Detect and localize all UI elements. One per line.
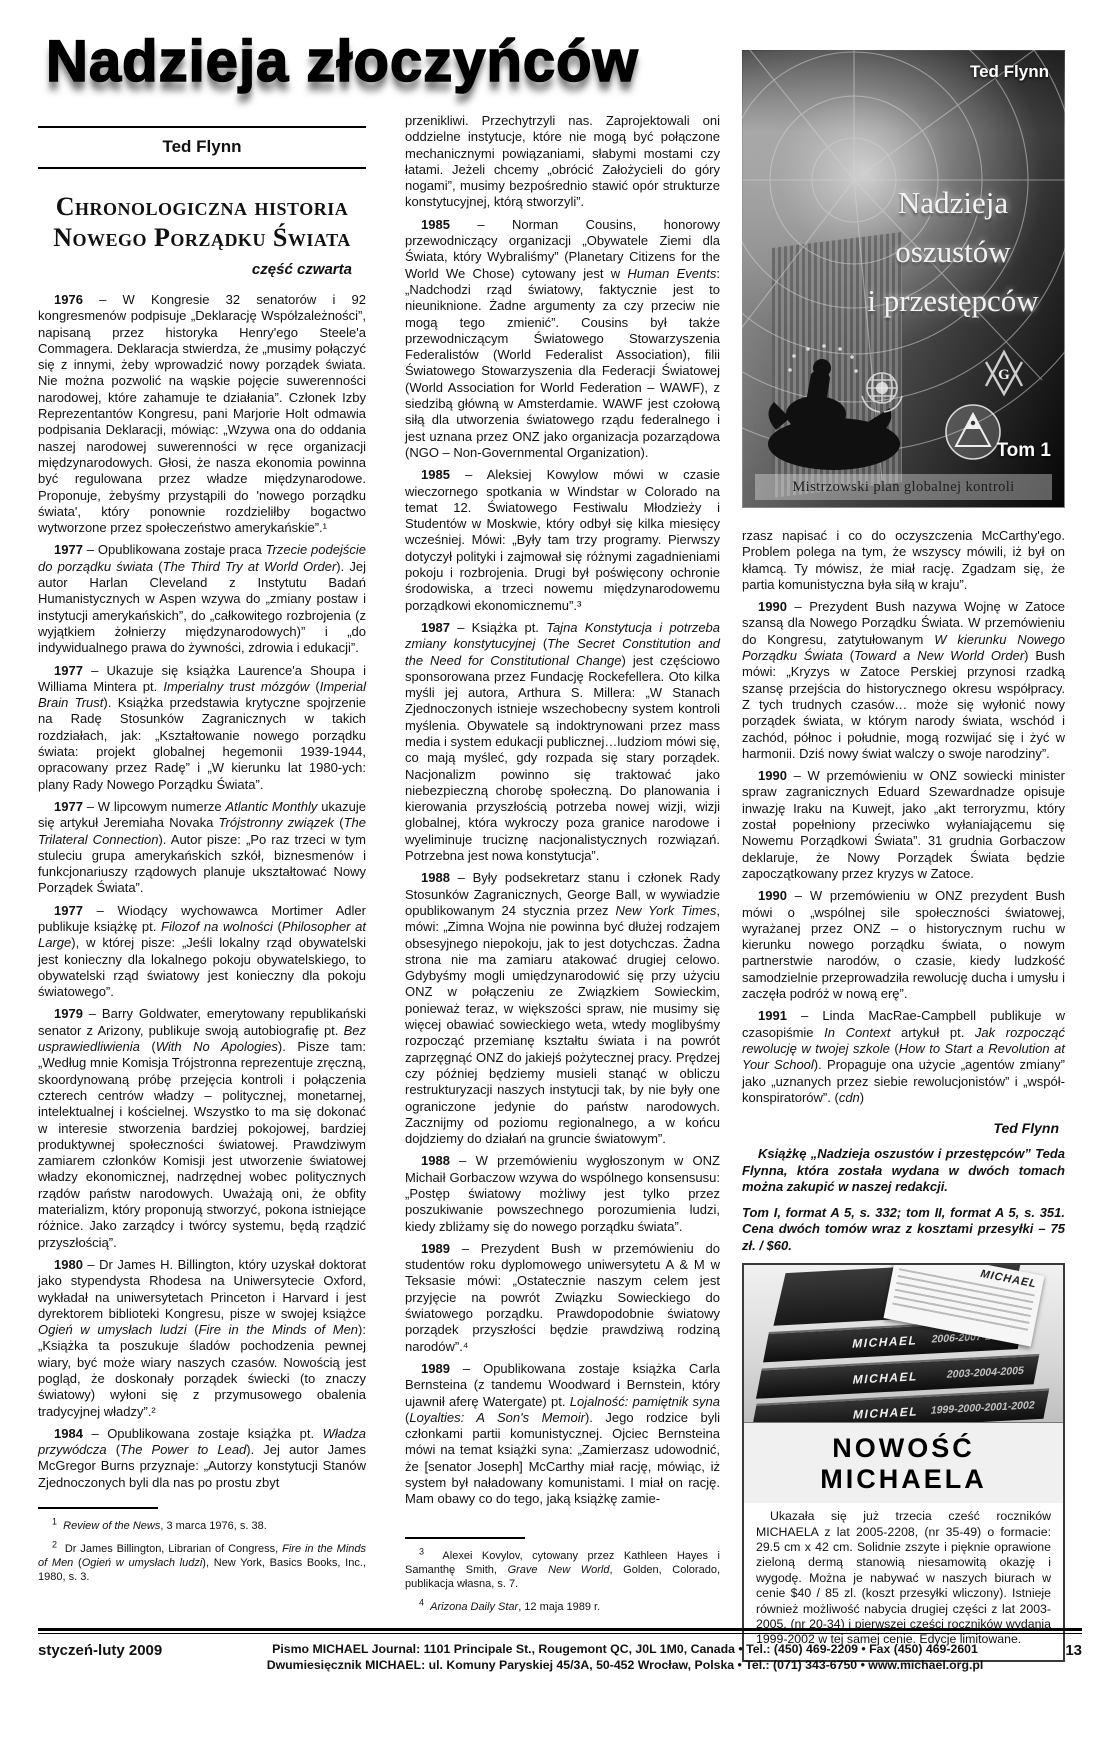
author-signature: Ted Flynn bbox=[742, 1120, 1059, 1136]
article-paragraph: 1989 – Prezydent Bush w przemówieniu do … bbox=[405, 1241, 720, 1355]
article-paragraph: 1985 – Aleksiej Kowylow mówi w czasie wi… bbox=[405, 467, 720, 614]
page-title: Nadzieja złoczyńców bbox=[46, 28, 686, 95]
article-paragraph: 1991 – Linda MacRae-Campbell publikuje w… bbox=[742, 1008, 1065, 1106]
page-number: 13 bbox=[1022, 1642, 1082, 1659]
footnote: 1 Review of the News, 3 marca 1976, s. 3… bbox=[38, 1519, 366, 1533]
footnote-list-col2: 3 Alexei Kovylov, cytowany przez Kathlee… bbox=[405, 1549, 720, 1614]
cover-title-line: oszustów bbox=[845, 227, 1061, 276]
column-3: Ted Flynn Nadziejaoszustówi przestępców … bbox=[742, 50, 1065, 1625]
footer-row: styczeń-luty 2009 Pismo MICHAEL Journal:… bbox=[38, 1642, 1082, 1674]
article-paragraph: 1977 – Opublikowana zostaje praca Trzeci… bbox=[38, 542, 366, 656]
footnote-list-col1: 1 Review of the News, 3 marca 1976, s. 3… bbox=[38, 1519, 366, 1584]
article-paragraph: 1990 – W przemówieniu w ONZ sowiecki min… bbox=[742, 768, 1065, 882]
article-paragraph: 1988 – W przemówieniu wygłoszonym w ONZ … bbox=[405, 1153, 720, 1234]
section-heading-line1: Chronologiczna historia bbox=[56, 192, 349, 221]
column-2: przenikliwi. Przechytrzyli nas. Zaprojek… bbox=[405, 113, 720, 1623]
footer-rule bbox=[38, 1628, 1082, 1634]
article-paragraph: 1990 – W przemówieniu w ONZ prezydent Bu… bbox=[742, 888, 1065, 1002]
column-1: Ted Flynn Chronologiczna historiaNowego … bbox=[38, 126, 366, 1546]
un-emblem-icon bbox=[854, 362, 910, 418]
section-heading: Chronologiczna historiaNowego Porządku Ś… bbox=[38, 191, 366, 253]
byline: Ted Flynn bbox=[38, 128, 366, 167]
editor-note-line: Książkę „Nadzieja oszustów i przestępców… bbox=[742, 1146, 1065, 1196]
cover-title: Nadziejaoszustówi przestępców bbox=[845, 178, 1061, 325]
cover-title-line: i przestępców bbox=[845, 276, 1061, 325]
yearbooks-photo: MICHAEL2006-2007-2008MICHAEL2003-2004-20… bbox=[744, 1265, 1063, 1422]
footnotes-col1: 1 Review of the News, 3 marca 1976, s. 3… bbox=[38, 1497, 366, 1593]
masonic-compass-icon: G bbox=[977, 346, 1031, 400]
cover-author: Ted Flynn bbox=[970, 62, 1049, 82]
svg-text:G: G bbox=[998, 367, 1010, 383]
cover-title-line: Nadzieja bbox=[845, 178, 1061, 227]
ad-heading: NOWOŚĆ MICHAELA bbox=[744, 1422, 1063, 1503]
paragraph-list-col3: rzasz napisać i co do oczyszczenia McCar… bbox=[742, 528, 1065, 1112]
book-cover-image: Ted Flynn Nadziejaoszustówi przestępców … bbox=[742, 50, 1065, 508]
michael-ad-box: MICHAEL2006-2007-2008MICHAEL2003-2004-20… bbox=[742, 1263, 1065, 1662]
article-paragraph: przenikliwi. Przechytrzyli nas. Zaprojek… bbox=[405, 113, 720, 211]
cover-caption: Mistrzowski plan globalnej kontroli bbox=[755, 474, 1052, 500]
footnote-rule bbox=[405, 1537, 525, 1539]
paragraph-list-col2: przenikliwi. Przechytrzyli nas. Zaprojek… bbox=[405, 113, 720, 1514]
article-paragraph: 1977 – Ukazuje się książka Laurence'a Sh… bbox=[38, 663, 366, 793]
footnote: 4 Arizona Daily Star, 12 maja 1989 r. bbox=[405, 1600, 720, 1614]
article-paragraph: 1980 – Dr James H. Billington, który uzy… bbox=[38, 1257, 366, 1420]
cover-volume: Tom 1 bbox=[996, 440, 1051, 462]
publisher-line1: Pismo MICHAEL Journal: 1101 Principale S… bbox=[228, 1642, 1022, 1658]
article-paragraph: 1984 – Opublikowana zostaje książka pt. … bbox=[38, 1426, 366, 1491]
editor-note-line: Tom I, format A 5, s. 332; tom II, forma… bbox=[742, 1205, 1065, 1255]
editor-note: Książkę „Nadzieja oszustów i przestępców… bbox=[742, 1146, 1065, 1263]
article-paragraph: 1988 – Były podsekretarz stanu i członek… bbox=[405, 870, 720, 1147]
newspaper-page: Nadzieja złoczyńców Ted Flynn Chronologi… bbox=[0, 0, 1118, 1751]
footnote: 2 Dr James Billington, Librarian of Cong… bbox=[38, 1542, 366, 1584]
footnotes-col2: 3 Alexei Kovylov, cytowany przez Kathlee… bbox=[405, 1527, 720, 1623]
part-label: część czwarta bbox=[38, 261, 366, 278]
article-paragraph: 1990 – Prezydent Bush nazywa Wojnę w Zat… bbox=[742, 599, 1065, 762]
footnote-rule bbox=[38, 1507, 158, 1509]
page-footer: styczeń-luty 2009 Pismo MICHAEL Journal:… bbox=[38, 1628, 1082, 1674]
publisher-info: Pismo MICHAEL Journal: 1101 Principale S… bbox=[228, 1642, 1022, 1674]
publisher-line2: Dwumiesięcznik MICHAEL: ul. Komuny Parys… bbox=[228, 1658, 1022, 1674]
article-paragraph: 1985 – Norman Cousins, honorowy przewodn… bbox=[405, 217, 720, 461]
article-paragraph: 1976 – W Kongresie 32 senatorów i 92 kon… bbox=[38, 292, 366, 536]
article-paragraph: 1977 – Wiodący wychowawca Mortimer Adler… bbox=[38, 903, 366, 1001]
article-paragraph: 1987 – Książka pt. Tajna Konstytucja i p… bbox=[405, 620, 720, 864]
article-paragraph: 1989 – Opublikowana zostaje książka Carl… bbox=[405, 1361, 720, 1508]
issue-date: styczeń-luty 2009 bbox=[38, 1642, 228, 1659]
article-paragraph: 1977 – W lipcowym numerze Atlantic Month… bbox=[38, 799, 366, 897]
byline-rule-bottom bbox=[38, 167, 366, 169]
section-heading-line2: Nowego Porządku Świata bbox=[53, 223, 350, 252]
article-paragraph: rzasz napisać i co do oczyszczenia McCar… bbox=[742, 528, 1065, 593]
footnote: 3 Alexei Kovylov, cytowany przez Kathlee… bbox=[405, 1549, 720, 1591]
article-paragraph: 1979 – Barry Goldwater, emerytowany repu… bbox=[38, 1006, 366, 1250]
all-seeing-eye-pyramid-icon bbox=[943, 402, 1003, 462]
paragraph-list-col1: 1976 – W Kongresie 32 senatorów i 92 kon… bbox=[38, 292, 366, 1497]
